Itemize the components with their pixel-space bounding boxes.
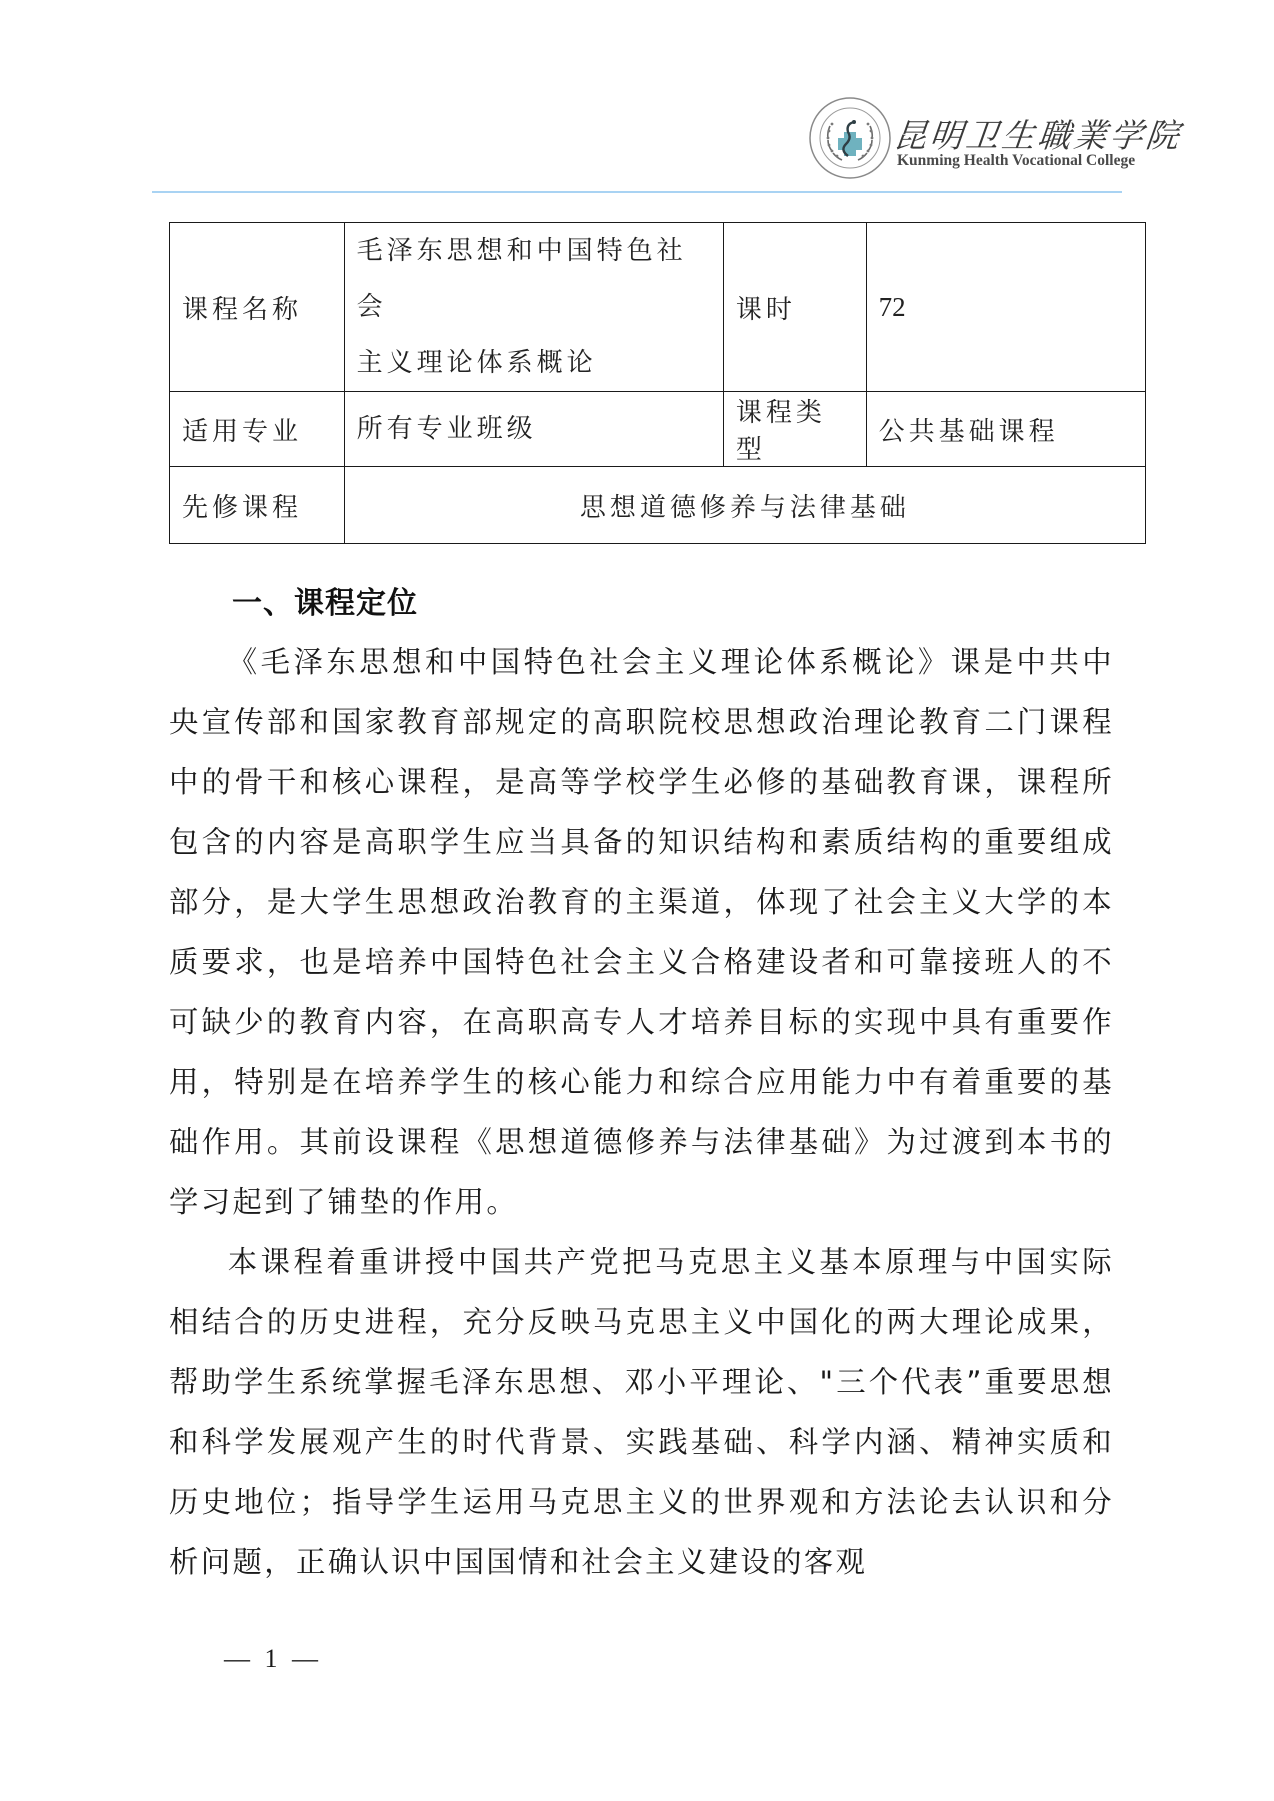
course-type-label: 课程类型 (723, 392, 866, 467)
section-heading: 一、课程定位 (232, 578, 418, 622)
paragraph: 《毛泽东思想和中国特色社会主义理论体系概论》课是中共中央宣传部和国家教育部规定的… (169, 632, 1114, 1232)
course-name-line-2: 主义理论体系概论 (357, 335, 711, 391)
section-body: 《毛泽东思想和中国特色社会主义理论体系概论》课是中共中央宣传部和国家教育部规定的… (169, 632, 1114, 1592)
course-name-label: 课程名称 (170, 223, 345, 392)
course-info-table: 课程名称 毛泽东思想和中国特色社会 主义理论体系概论 课时 72 适用专业 所有… (169, 222, 1146, 544)
college-name-english: Kunming Health Vocational College (897, 152, 1135, 170)
prerequisite-label: 先修课程 (170, 467, 345, 544)
hours-value: 72 (866, 223, 1145, 392)
college-emblem-icon (808, 96, 892, 180)
prerequisite-value: 思想道德修养与法律基础 (344, 467, 1145, 544)
course-type-value: 公共基础课程 (866, 392, 1145, 467)
page-number: — 1 — (224, 1644, 322, 1674)
hours-label: 课时 (723, 223, 866, 392)
table-row: 适用专业 所有专业班级 课程类型 公共基础课程 (170, 392, 1146, 467)
table-row: 先修课程 思想道德修养与法律基础 (170, 467, 1146, 544)
table-row: 课程名称 毛泽东思想和中国特色社会 主义理论体系概论 课时 72 (170, 223, 1146, 392)
applicable-major-value: 所有专业班级 (344, 392, 723, 467)
college-name-chinese: 昆明卫生職業学院 (892, 110, 1185, 157)
applicable-major-label: 适用专业 (170, 392, 345, 467)
header-divider (152, 191, 1122, 193)
paragraph: 本课程着重讲授中国共产党把马克思主义基本原理与中国实际相结合的历史进程，充分反映… (169, 1232, 1114, 1592)
course-name-line-1: 毛泽东思想和中国特色社会 (357, 223, 711, 335)
page-header: 昆明卫生職業学院 Kunming Health Vocational Colle… (0, 0, 1274, 200)
course-name-value: 毛泽东思想和中国特色社会 主义理论体系概论 (344, 223, 723, 392)
